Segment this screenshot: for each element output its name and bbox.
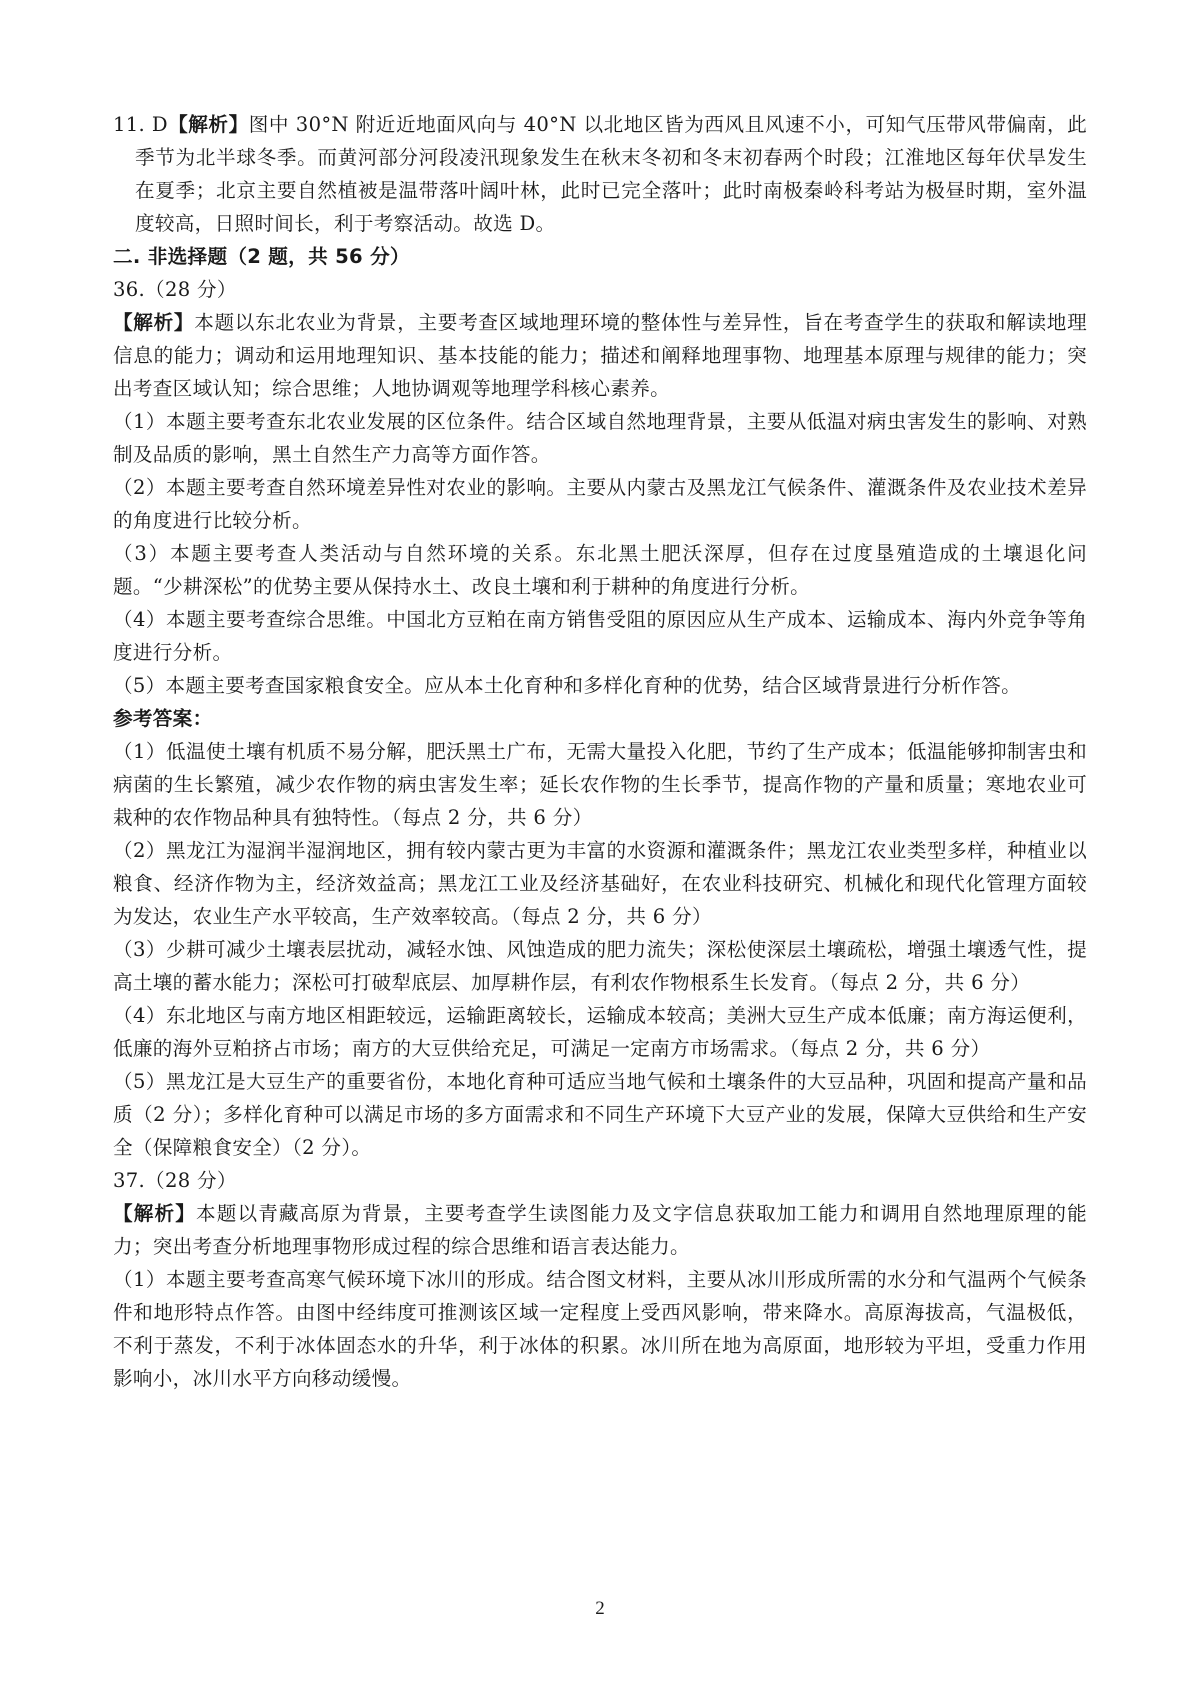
q37-header: 37.（28 分） [113,1164,1087,1197]
q36-answer-5: （5）黑龙江是大豆生产的重要省份，本地化育种可适应当地气候和土壤条件的大豆品种，… [113,1065,1087,1164]
q36-analysis-tag: 【解析】 [113,311,194,334]
q36-part-4: （4）本题主要考查综合思维。中国北方豆粕在南方销售受阻的原因应从生产成本、运输成… [113,603,1087,669]
page-number: 2 [0,1598,1200,1620]
q36-answer-2: （2）黑龙江为湿润半湿润地区，拥有较内蒙古更为丰富的水资源和灌溉条件；黑龙江农业… [113,834,1087,933]
question-11: 11. D【解析】图中 30°N 附近近地面风向与 40°N 以北地区皆为西风且… [113,108,1087,240]
q36-answer-3: （3）少耕可减少土壤表层扰动，减轻水蚀、风蚀造成的肥力流失；深松使深层土壤疏松，… [113,933,1087,999]
q36-header: 36.（28 分） [113,273,1087,306]
q37-analysis-tag: 【解析】 [113,1202,196,1225]
q37-analysis-text: 本题以青藏高原为背景，主要考查学生读图能力及文字信息获取加工能力和调用自然地理原… [113,1202,1087,1258]
q36-analysis-text: 本题以东北农业为背景，主要考查区域地理环境的整体性与差异性，旨在考查学生的获取和… [113,311,1087,400]
document-page: 11. D【解析】图中 30°N 附近近地面风向与 40°N 以北地区皆为西风且… [113,108,1087,1395]
q36-part-5: （5）本题主要考查国家粮食安全。应从本土化育种和多样化育种的优势，结合区域背景进… [113,669,1087,702]
section-2-title: 二. 非选择题（2 题，共 56 分） [113,240,1087,273]
q11-analysis-tag: 【解析】 [168,113,249,136]
q11-number: 11. D [113,113,168,136]
q36-analysis: 【解析】本题以东北农业为背景，主要考查区域地理环境的整体性与差异性，旨在考查学生… [113,306,1087,405]
q37-part-1: （1）本题主要考查高寒气候环境下冰川的形成。结合图文材料，主要从冰川形成所需的水… [113,1263,1087,1395]
q11-text: 图中 30°N 附近近地面风向与 40°N 以北地区皆为西风且风速不小，可知气压… [135,113,1087,235]
q36-part-1: （1）本题主要考查东北农业发展的区位条件。结合区域自然地理背景，主要从低温对病虫… [113,405,1087,471]
q37-analysis: 【解析】本题以青藏高原为背景，主要考查学生读图能力及文字信息获取加工能力和调用自… [113,1197,1087,1263]
q36-part-2: （2）本题主要考查自然环境差异性对农业的影响。主要从内蒙古及黑龙江气候条件、灌溉… [113,471,1087,537]
q36-part-3: （3）本题主要考查人类活动与自然环境的关系。东北黑土肥沃深厚，但存在过度垦殖造成… [113,537,1087,603]
q36-answer-title: 参考答案： [113,702,1087,735]
q36-answer-4: （4）东北地区与南方地区相距较远，运输距离较长，运输成本较高；美洲大豆生产成本低… [113,999,1087,1065]
q36-answer-1: （1）低温使土壤有机质不易分解，肥沃黑土广布，无需大量投入化肥，节约了生产成本；… [113,735,1087,834]
